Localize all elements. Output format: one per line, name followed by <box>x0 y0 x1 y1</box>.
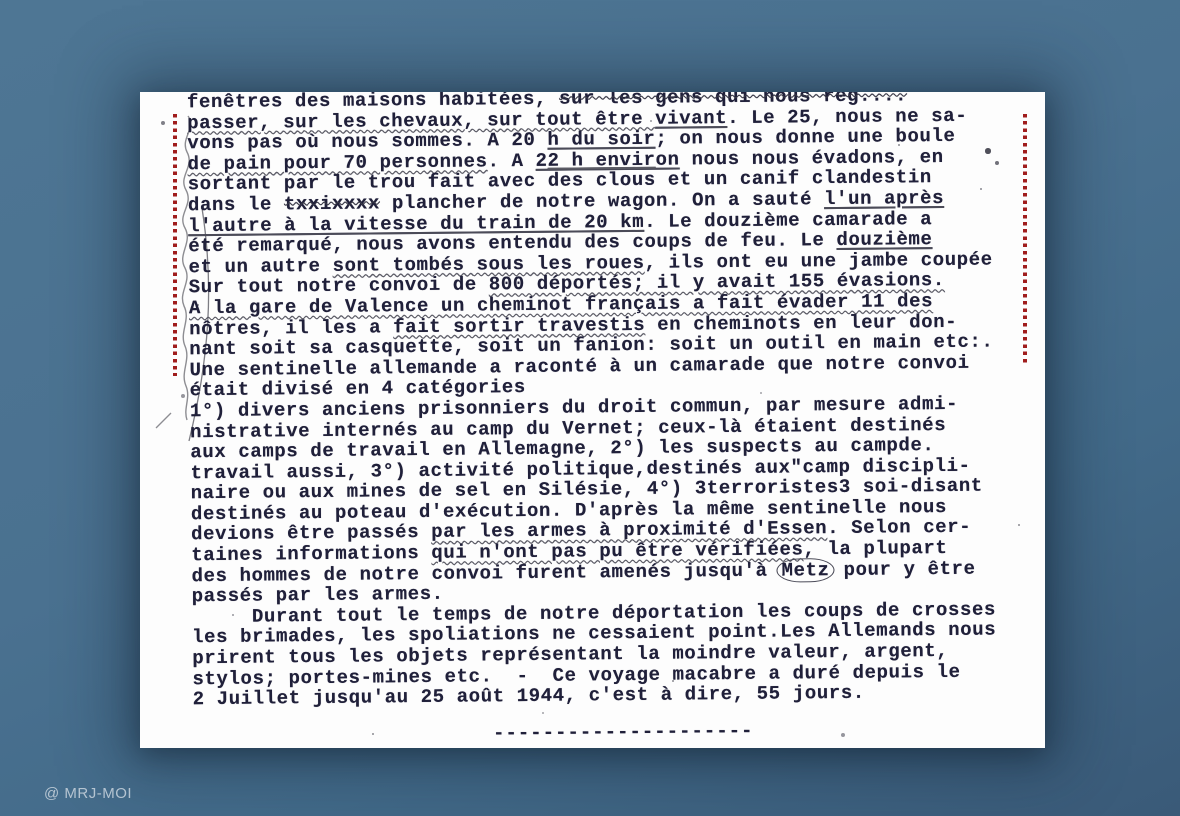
document-lines: fenêtres des maisons habitées, sur les g… <box>187 92 1033 710</box>
dashed-separator: --------------------- <box>493 718 1033 744</box>
watermark-label: @ MRJ-MOI <box>44 785 132 802</box>
page-background: fenêtres des maisons habitées, sur les g… <box>0 0 1180 816</box>
text-segment: vivant <box>655 107 727 130</box>
text-segment: Metz <box>776 558 834 583</box>
text-segment: . Selon cer- <box>827 516 971 539</box>
scan-speckles <box>140 92 142 94</box>
text-segment: txxixxxx <box>284 192 380 215</box>
typewritten-text: fenêtres des maisons habitées, sur les g… <box>187 92 1033 747</box>
text-segment: h du soir <box>547 128 655 151</box>
scanned-document-page: fenêtres des maisons habitées, sur les g… <box>140 92 1045 748</box>
text-segment: des clous <box>548 169 656 192</box>
text-segment: l'un après <box>824 187 944 210</box>
text-segment: dans le <box>188 193 284 216</box>
text-segment: douzième <box>836 228 932 251</box>
text-segment: pour y être <box>831 557 975 580</box>
text-segment: . A <box>487 150 535 172</box>
